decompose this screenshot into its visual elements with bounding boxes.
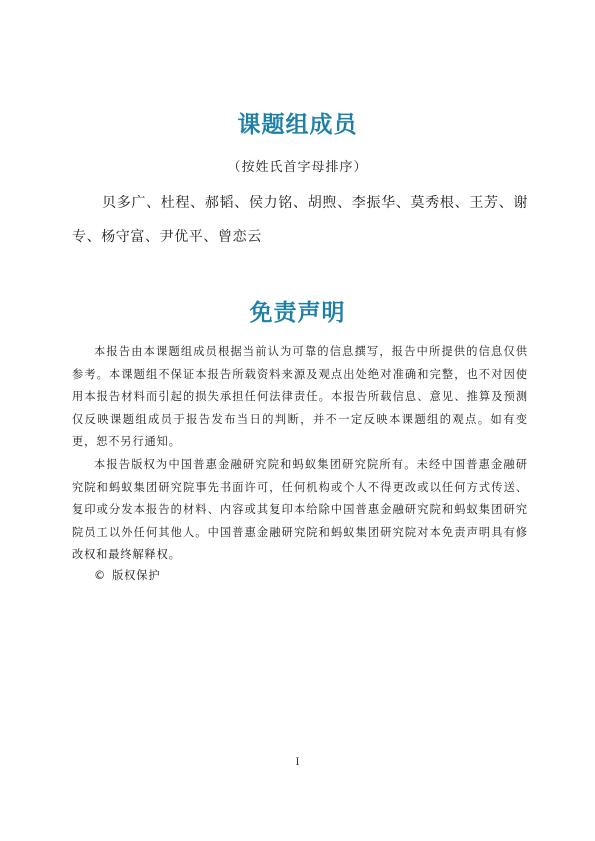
disclaimer-paragraph: 本报告由本课题组成员根据当前认为可靠的信息撰写，报告中所提供的信息仅供参考。本课… [72, 341, 528, 454]
team-members-list: 贝多广、杜程、郝韬、侯力铭、胡煦、李振华、莫秀根、王芳、谢专、杨守富、尹优平、曾… [72, 186, 528, 254]
copyright-paragraph: 本报告版权为中国普惠金融研究院和蚂蚁集团研究院所有。未经中国普惠金融研究院和蚂蚁… [72, 454, 528, 567]
sort-order-note: （按姓氏首字母排序） [0, 156, 595, 175]
page-number: I [0, 757, 595, 768]
disclaimer-heading: 免责声明 [0, 294, 595, 327]
document-page: 课题组成员 （按姓氏首字母排序） 贝多广、杜程、郝韬、侯力铭、胡煦、李振华、莫秀… [0, 0, 595, 841]
copyright-notice: ©版权保护 [94, 567, 160, 583]
copyright-label: 版权保护 [112, 569, 160, 582]
team-members-heading: 课题组成员 [0, 106, 595, 139]
copyright-icon: © [94, 569, 106, 582]
